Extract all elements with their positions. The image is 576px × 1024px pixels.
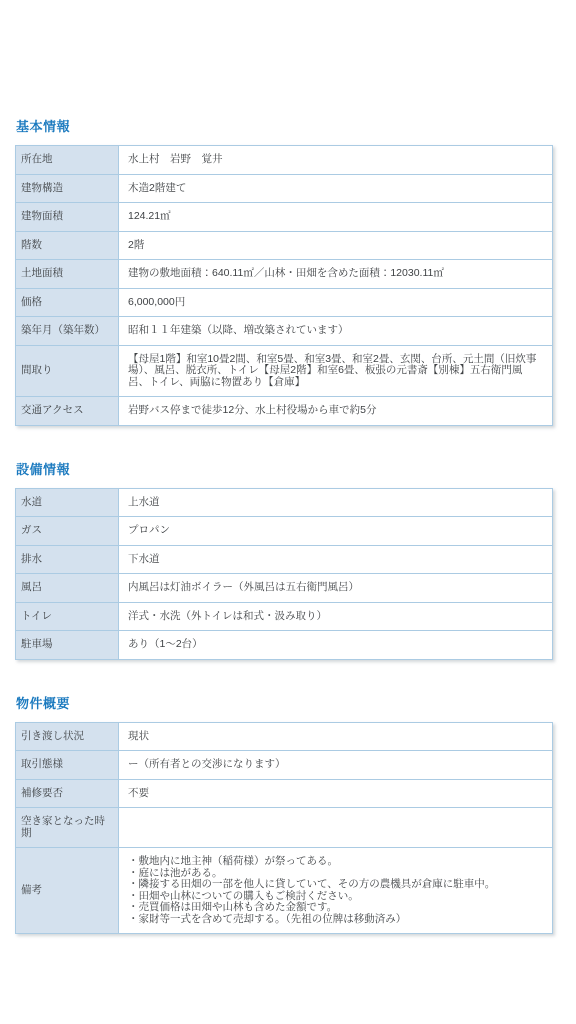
row-value	[119, 808, 553, 848]
row-value: 不要	[119, 779, 553, 808]
row-value: あり（1～2台）	[119, 631, 553, 660]
info-table: 水道上水道ガスプロパン排水下水道風呂内風呂は灯油ボイラー（外風呂は五右衛門風呂）…	[15, 488, 553, 660]
row-value: 現状	[119, 722, 553, 751]
table-row: 所在地水上村 岩野 覚井	[16, 146, 553, 175]
table-row: 水道上水道	[16, 488, 553, 517]
row-value: 内風呂は灯油ボイラー（外風呂は五右衛門風呂）	[119, 574, 553, 603]
row-label: 交通アクセス	[16, 397, 119, 426]
table-row: 築年月（築年数）昭和１１年建築（以降、増改築されています）	[16, 317, 553, 346]
info-section: 基本情報所在地水上村 岩野 覚井建物構造木造2階建て建物面積124.21㎡階数2…	[15, 116, 553, 426]
table-row: 備考・敷地内に地主神（稲荷様）が祭ってある。 ・庭には池がある。 ・隣接する田畑…	[16, 848, 553, 934]
row-label: 排水	[16, 545, 119, 574]
row-label: 価格	[16, 288, 119, 317]
row-value: 岩野バス停まで徒歩12分、水上村役場から車で約5分	[119, 397, 553, 426]
table-row: 排水下水道	[16, 545, 553, 574]
info-section: 物件概要引き渡し状況現状取引態様ー（所有者との交渉になります）補修要否不要空き家…	[15, 693, 553, 935]
row-label: 築年月（築年数）	[16, 317, 119, 346]
row-label: ガス	[16, 517, 119, 546]
section-title: 基本情報	[16, 116, 553, 135]
info-table: 所在地水上村 岩野 覚井建物構造木造2階建て建物面積124.21㎡階数2階土地面…	[15, 145, 553, 426]
row-value: 124.21㎡	[119, 203, 553, 232]
table-row: 土地面積建物の敷地面積：640.11㎡／山林・田畑を含めた面積：12030.11…	[16, 260, 553, 289]
table-row: 建物構造木造2階建て	[16, 174, 553, 203]
row-value: 上水道	[119, 488, 553, 517]
row-value: 昭和１１年建築（以降、増改築されています）	[119, 317, 553, 346]
table-row: 駐車場あり（1～2台）	[16, 631, 553, 660]
row-value: 水上村 岩野 覚井	[119, 146, 553, 175]
row-value: 【母屋1階】和室10畳2間、和室5畳、和室3畳、和室2畳、玄関、台所、元土間（旧…	[119, 345, 553, 397]
section-title: 物件概要	[16, 693, 553, 712]
row-label: 所在地	[16, 146, 119, 175]
table-row: 空き家となった時期	[16, 808, 553, 848]
table-row: ガスプロパン	[16, 517, 553, 546]
row-label: 間取り	[16, 345, 119, 397]
table-row: 引き渡し状況現状	[16, 722, 553, 751]
row-value: プロパン	[119, 517, 553, 546]
table-row: 間取り【母屋1階】和室10畳2間、和室5畳、和室3畳、和室2畳、玄関、台所、元土…	[16, 345, 553, 397]
row-label: 建物構造	[16, 174, 119, 203]
row-value: ー（所有者との交渉になります）	[119, 751, 553, 780]
table-row: 補修要否不要	[16, 779, 553, 808]
section-title: 設備情報	[16, 459, 553, 478]
row-label: 引き渡し状況	[16, 722, 119, 751]
info-section: 設備情報水道上水道ガスプロパン排水下水道風呂内風呂は灯油ボイラー（外風呂は五右衛…	[15, 459, 553, 660]
row-value: 建物の敷地面積：640.11㎡／山林・田畑を含めた面積：12030.11㎡	[119, 260, 553, 289]
row-label: 取引態様	[16, 751, 119, 780]
table-row: 風呂内風呂は灯油ボイラー（外風呂は五右衛門風呂）	[16, 574, 553, 603]
row-label: 補修要否	[16, 779, 119, 808]
row-label: 土地面積	[16, 260, 119, 289]
table-row: 交通アクセス岩野バス停まで徒歩12分、水上村役場から車で約5分	[16, 397, 553, 426]
row-label: 水道	[16, 488, 119, 517]
row-value: 洋式・水洗（外トイレは和式・汲み取り）	[119, 602, 553, 631]
row-label: トイレ	[16, 602, 119, 631]
row-value: 2階	[119, 231, 553, 260]
row-label: 階数	[16, 231, 119, 260]
row-label: 空き家となった時期	[16, 808, 119, 848]
row-label: 駐車場	[16, 631, 119, 660]
table-row: トイレ洋式・水洗（外トイレは和式・汲み取り）	[16, 602, 553, 631]
row-value: 木造2階建て	[119, 174, 553, 203]
property-detail-page: 基本情報所在地水上村 岩野 覚井建物構造木造2階建て建物面積124.21㎡階数2…	[0, 0, 576, 934]
table-row: 建物面積124.21㎡	[16, 203, 553, 232]
row-value: 6,000,000円	[119, 288, 553, 317]
info-table: 引き渡し状況現状取引態様ー（所有者との交渉になります）補修要否不要空き家となった…	[15, 722, 553, 935]
row-label: 備考	[16, 848, 119, 934]
row-value: 下水道	[119, 545, 553, 574]
table-row: 価格6,000,000円	[16, 288, 553, 317]
row-value: ・敷地内に地主神（稲荷様）が祭ってある。 ・庭には池がある。 ・隣接する田畑の一…	[119, 848, 553, 934]
table-row: 取引態様ー（所有者との交渉になります）	[16, 751, 553, 780]
table-row: 階数2階	[16, 231, 553, 260]
row-label: 風呂	[16, 574, 119, 603]
row-label: 建物面積	[16, 203, 119, 232]
